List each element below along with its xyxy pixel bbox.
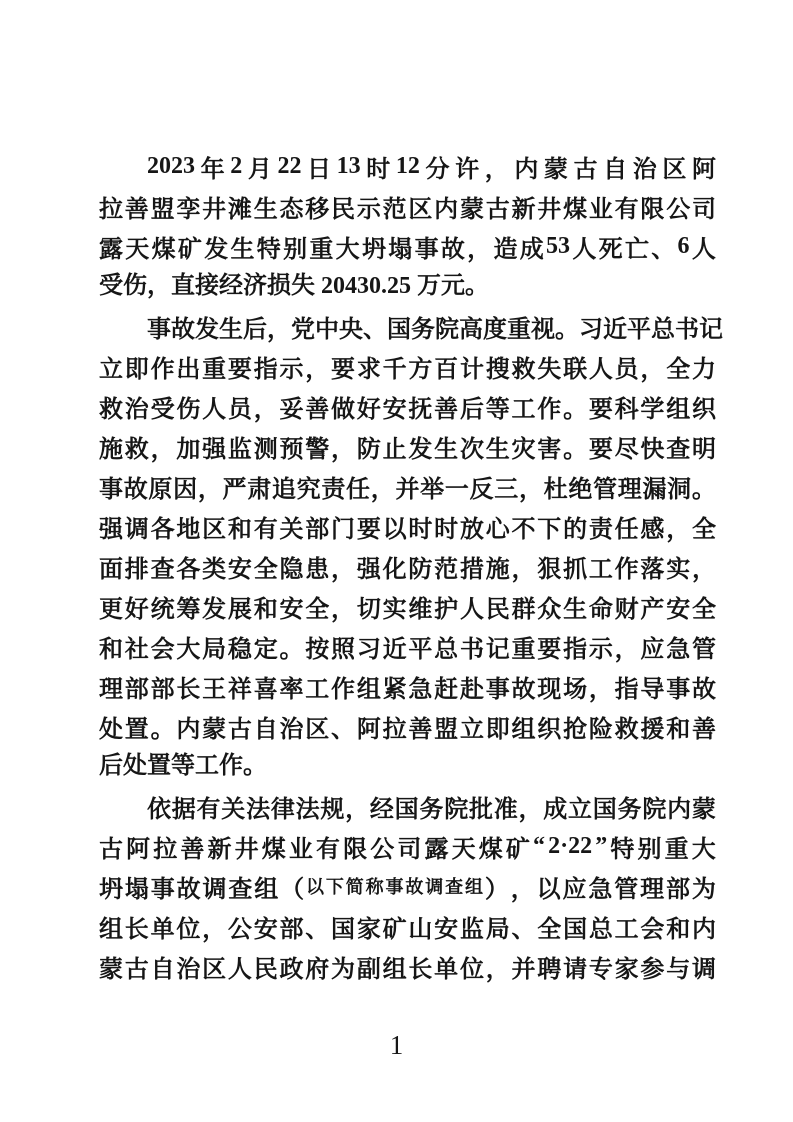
- char: 发: [195, 309, 219, 344]
- char: 抢: [563, 709, 587, 744]
- char: 各: [176, 549, 200, 584]
- char: 务: [419, 789, 443, 824]
- char: 。: [151, 709, 175, 744]
- char: 护: [434, 589, 458, 624]
- char: 事: [147, 309, 171, 344]
- char: 稳: [228, 629, 252, 664]
- char: 自: [603, 149, 627, 184]
- char: 依: [147, 789, 171, 824]
- char: 事: [486, 669, 510, 704]
- inline-note-char: 事: [386, 873, 404, 899]
- char: 府: [305, 949, 329, 984]
- char: 政: [279, 949, 303, 984]
- char: 措: [460, 549, 484, 584]
- char: 内: [692, 909, 716, 944]
- char: 众: [537, 589, 561, 624]
- char: 内: [434, 189, 458, 224]
- char: 总: [589, 909, 613, 944]
- char: 安: [434, 909, 458, 944]
- inline-note-char: 称: [366, 873, 384, 899]
- char: 为: [692, 869, 716, 904]
- char: 展: [228, 589, 252, 624]
- char: 古: [228, 709, 252, 744]
- char: 善: [180, 829, 204, 864]
- char: 、: [651, 229, 675, 264]
- char: 区: [202, 509, 226, 544]
- char: 严: [223, 469, 247, 504]
- char: 要: [228, 349, 252, 384]
- char: 法: [296, 789, 320, 824]
- char: 全: [692, 509, 716, 544]
- char: 应: [563, 869, 587, 904]
- char: 险: [589, 709, 613, 744]
- char: 紧: [383, 669, 407, 704]
- char: 原: [148, 469, 172, 504]
- char: 公: [666, 189, 690, 224]
- char: 区: [662, 149, 686, 184]
- char: 井: [235, 829, 259, 864]
- char: 指: [563, 629, 587, 664]
- char: ，: [371, 469, 395, 504]
- char: 新: [208, 829, 232, 864]
- char: 生: [254, 189, 278, 224]
- char: 古: [99, 829, 123, 864]
- char: 盟: [434, 709, 458, 744]
- char: ，: [331, 549, 355, 584]
- char: 国: [331, 909, 355, 944]
- char: 下: [537, 509, 561, 544]
- char: 并: [512, 949, 536, 984]
- char: 平: [408, 629, 432, 664]
- char: 重: [665, 829, 689, 864]
- char: 全: [666, 349, 690, 384]
- char: 调: [125, 509, 149, 544]
- char: 工: [512, 389, 536, 424]
- char: 出: [176, 349, 200, 384]
- char: 实: [666, 549, 690, 584]
- char: 发: [408, 429, 432, 464]
- char: 位: [176, 909, 200, 944]
- char: 百: [434, 349, 458, 384]
- text-line: 救治受伤人员，妥善做好安抚善后等工作。要科学组织: [99, 386, 716, 426]
- char: 。: [563, 429, 587, 464]
- char: 治: [176, 949, 200, 984]
- char: 国: [395, 789, 419, 824]
- char: 快: [640, 429, 664, 464]
- char: 井: [537, 189, 561, 224]
- char: 王: [202, 669, 226, 704]
- char: 生: [434, 429, 458, 464]
- char: 务: [618, 789, 642, 824]
- char: 明: [692, 429, 716, 464]
- char: 要: [357, 509, 381, 544]
- char: 和: [666, 709, 690, 744]
- char: 安: [383, 389, 407, 424]
- char: 追: [272, 469, 296, 504]
- char: 防: [408, 549, 432, 584]
- char: 急: [408, 669, 432, 704]
- char: 书: [675, 309, 699, 344]
- char: 22: [277, 153, 301, 180]
- char: 平: [627, 309, 651, 344]
- char: 要: [589, 429, 613, 464]
- char: 亡: [625, 229, 649, 264]
- char: 蒙: [202, 709, 226, 744]
- char: 实: [383, 589, 407, 624]
- char: 长: [408, 949, 432, 984]
- char: 监: [228, 429, 252, 464]
- char: 书: [460, 629, 484, 664]
- char: 定: [254, 629, 278, 664]
- char: 反: [470, 469, 494, 504]
- char: 调: [692, 949, 716, 984]
- text-line: 立即作出重要指示，要求千方百计搜救失联人员，全力: [99, 346, 716, 386]
- char: 故: [177, 869, 201, 904]
- char: 联: [563, 349, 587, 384]
- inline-note-char: 调: [425, 873, 443, 899]
- char: 山: [408, 909, 432, 944]
- char: ，: [589, 669, 613, 704]
- char: 织: [692, 389, 716, 424]
- char: 时: [434, 509, 458, 544]
- char: 全: [692, 589, 716, 624]
- char: ，: [615, 629, 639, 664]
- char: 塌: [125, 869, 149, 904]
- char: 有: [316, 829, 340, 864]
- char: 生: [563, 589, 587, 624]
- char: 化: [383, 549, 407, 584]
- char: 全: [537, 909, 561, 944]
- char: 月: [248, 149, 272, 184]
- char: 。: [692, 469, 716, 504]
- char: 员: [615, 349, 639, 384]
- char: 统: [151, 589, 175, 624]
- char: 特: [257, 229, 281, 264]
- char: 大: [336, 229, 360, 264]
- char: 务: [411, 309, 435, 344]
- char: 限: [640, 189, 664, 224]
- char: 做: [331, 389, 355, 424]
- char: 院: [435, 309, 459, 344]
- char: 救: [512, 349, 536, 384]
- char: 特: [610, 829, 634, 864]
- char: 生: [219, 309, 243, 344]
- char: 总: [651, 309, 675, 344]
- char: 并: [395, 469, 419, 504]
- char: 天: [125, 229, 149, 264]
- char: 内: [667, 789, 691, 824]
- char: 即: [125, 349, 149, 384]
- char: 求: [357, 349, 381, 384]
- char: 新: [512, 189, 536, 224]
- char: 与: [666, 949, 690, 984]
- char: 司: [692, 189, 716, 224]
- char: 公: [228, 909, 252, 944]
- char: 社: [125, 629, 149, 664]
- char: 任: [615, 509, 639, 544]
- char: 53: [546, 233, 570, 260]
- char: 古: [125, 949, 149, 984]
- char: 置: [125, 709, 149, 744]
- char: 成: [520, 229, 544, 264]
- char: ，: [640, 349, 664, 384]
- inline-note-char: 以: [306, 873, 324, 899]
- text-line: 后处置等工作。: [99, 746, 716, 786]
- char: 请: [563, 949, 587, 984]
- char: 理: [640, 869, 664, 904]
- char: 内: [176, 709, 200, 744]
- char: 煤: [152, 229, 176, 264]
- char: 千: [383, 349, 407, 384]
- char: 要: [537, 629, 561, 664]
- char: 织: [537, 709, 561, 744]
- char: 民: [331, 189, 355, 224]
- char: 业: [289, 829, 313, 864]
- char: 安: [666, 589, 690, 624]
- char: 类: [202, 549, 226, 584]
- char: 12: [396, 153, 420, 180]
- char: 一: [445, 469, 469, 504]
- char: 生: [486, 429, 510, 464]
- char: 人: [589, 349, 613, 384]
- char: 自: [254, 709, 278, 744]
- char: 、: [331, 709, 355, 744]
- char: 维: [408, 589, 432, 624]
- char: 的: [563, 509, 587, 544]
- char: ，: [692, 549, 716, 584]
- char: 抚: [408, 389, 432, 424]
- char: ，: [485, 149, 509, 184]
- char: 移: [305, 189, 329, 224]
- char: 学: [640, 389, 664, 424]
- char: 患: [305, 549, 329, 584]
- char: 以: [383, 509, 407, 544]
- char: 阿: [357, 709, 381, 744]
- char: ，: [486, 949, 510, 984]
- char: 狠: [537, 549, 561, 584]
- char: 防: [357, 429, 381, 464]
- char: 三: [494, 469, 518, 504]
- char: 漏: [642, 469, 666, 504]
- char: 排: [125, 549, 149, 584]
- char: 面: [99, 549, 123, 584]
- text-line: 蒙古自治区人民政府为副组长单位，并聘请专家参与调: [99, 946, 716, 986]
- char: 不: [512, 509, 536, 544]
- char: 力: [692, 349, 716, 384]
- char: 事: [666, 669, 690, 704]
- char: 监: [460, 909, 484, 944]
- char: 故: [692, 669, 716, 704]
- char: （: [280, 869, 304, 904]
- char: 长: [176, 669, 200, 704]
- char: 生: [230, 229, 254, 264]
- char: 和: [228, 509, 252, 544]
- char: 2: [230, 153, 242, 180]
- char: 好: [125, 589, 149, 624]
- char: 应: [640, 629, 664, 664]
- char: 露: [99, 229, 123, 264]
- char: 。: [563, 389, 587, 424]
- text-line: 更好统筹发展和安全，切实维护人民群众生命财产安全: [99, 586, 716, 626]
- char: 部: [125, 669, 149, 704]
- char: 造: [493, 229, 517, 264]
- char: ，: [345, 789, 369, 824]
- char: 准: [494, 789, 518, 824]
- char: 、: [305, 909, 329, 944]
- char: 矿: [383, 909, 407, 944]
- char: 盟: [151, 189, 175, 224]
- char: 别: [283, 229, 307, 264]
- char: 拉: [99, 189, 123, 224]
- char: 部: [279, 909, 303, 944]
- char: 救: [99, 389, 123, 424]
- char: 蒙: [460, 189, 484, 224]
- inline-note-char: 组: [465, 873, 483, 899]
- char: 故: [512, 669, 536, 704]
- char: 国: [563, 909, 587, 944]
- char: 全: [254, 549, 278, 584]
- char: 治: [279, 709, 303, 744]
- char: 落: [640, 549, 664, 584]
- char: 副: [357, 949, 381, 984]
- char: 会: [640, 909, 664, 944]
- char: 关: [279, 509, 303, 544]
- inline-note-char: 查: [445, 873, 463, 899]
- char: 、: [512, 909, 536, 944]
- char: 管: [593, 469, 617, 504]
- char: 关: [221, 789, 245, 824]
- inline-note-char: 故: [405, 873, 423, 899]
- char: 理: [99, 669, 123, 704]
- char: 故: [124, 469, 148, 504]
- text-line: 受伤，直接经济损失 20430.25 万元。: [99, 266, 716, 306]
- char: 组: [99, 909, 123, 944]
- char: 受: [151, 389, 175, 424]
- char: 率: [279, 669, 303, 704]
- char: 专: [589, 949, 613, 984]
- char: “: [533, 833, 545, 860]
- char: 地: [176, 509, 200, 544]
- char: 成: [543, 789, 567, 824]
- char: ，: [512, 549, 536, 584]
- char: 安: [254, 909, 278, 944]
- char: 律: [271, 789, 295, 824]
- char: 加: [176, 429, 200, 464]
- text-line: 处置。内蒙古自治区、阿拉善盟立即组织抢险救援和善: [99, 706, 716, 746]
- char: 次: [460, 429, 484, 464]
- char: 阿: [692, 149, 716, 184]
- text-line: 依据有关法律法规，经国务院批准，成立国务院内蒙: [99, 786, 716, 826]
- text-line: 事故发生后，党中央、国务院高度重视。习近平总书记: [99, 306, 716, 346]
- char: ，: [198, 469, 222, 504]
- char: ）: [485, 869, 509, 904]
- char: 规: [320, 789, 344, 824]
- char: ，: [254, 389, 278, 424]
- char: 蒙: [544, 149, 568, 184]
- char: ，: [519, 469, 543, 504]
- char: 伤: [176, 389, 200, 424]
- char: 单: [434, 949, 458, 984]
- char: 后: [243, 309, 267, 344]
- char: 范: [434, 549, 458, 584]
- char: 天: [452, 829, 476, 864]
- char: 理: [618, 469, 642, 504]
- text-line: 和社会大局稳定。按照习近平总书记重要指示，应急管: [99, 626, 716, 666]
- char: 组: [254, 869, 278, 904]
- char: 科: [615, 389, 639, 424]
- char: 院: [444, 789, 468, 824]
- char: 强: [99, 509, 123, 544]
- char: 心: [486, 509, 510, 544]
- char: 有: [615, 189, 639, 224]
- char: 内: [514, 149, 538, 184]
- text-line: 组长单位，公安部、国家矿山安监局、全国总工会和内: [99, 906, 716, 946]
- char: 因: [173, 469, 197, 504]
- char: 党: [291, 309, 315, 344]
- char: 人: [572, 229, 596, 264]
- char: ，: [305, 349, 329, 384]
- char: 按: [305, 629, 329, 664]
- char: 重: [507, 309, 531, 344]
- document-body: 2023年2月22日13时12分许，内蒙古自治区阿拉善盟孪井滩生态移民示范区内蒙…: [99, 146, 716, 986]
- char: 安: [228, 549, 252, 584]
- char: 记: [486, 629, 510, 664]
- char: 有: [197, 789, 221, 824]
- char: 工: [615, 909, 639, 944]
- char: 场: [563, 669, 587, 704]
- char: 治: [633, 149, 657, 184]
- char: 日: [307, 149, 331, 184]
- char: 和: [666, 909, 690, 944]
- char: 阿: [126, 829, 150, 864]
- char: 调: [203, 869, 227, 904]
- char: 局: [486, 909, 510, 944]
- text-line: 强调各地区和有关部门要以时时放心不下的责任感，全: [99, 506, 716, 546]
- char: 援: [640, 709, 664, 744]
- text-line: 拉善盟孪井滩生态移民示范区内蒙古新井煤业有限公司: [99, 186, 716, 226]
- char: 近: [383, 629, 407, 664]
- char: 分: [425, 149, 449, 184]
- char: 作: [331, 669, 355, 704]
- char: 切: [357, 589, 381, 624]
- char: 和: [254, 589, 278, 624]
- inline-note-char: 简: [346, 873, 364, 899]
- text-line: 事故原因，严肃追究责任，并举一反三，杜绝管理漏洞。: [99, 466, 716, 506]
- char: 绝: [568, 469, 592, 504]
- char: 井: [202, 189, 226, 224]
- char: 蒙: [99, 949, 123, 984]
- char: 高: [459, 309, 483, 344]
- char: 家: [357, 909, 381, 944]
- char: 等: [486, 389, 510, 424]
- char: 立: [460, 709, 484, 744]
- text-line: 古阿拉善新井煤业有限公司露天煤矿“2·22”特别重大: [99, 826, 716, 866]
- char: 任: [346, 469, 370, 504]
- char: 中: [315, 309, 339, 344]
- char: 院: [642, 789, 666, 824]
- char: 作: [615, 549, 639, 584]
- char: 抓: [563, 549, 587, 584]
- char: 参: [640, 949, 664, 984]
- char: 记: [699, 309, 723, 344]
- char: 批: [469, 789, 493, 824]
- char: 拉: [153, 829, 177, 864]
- char: 施: [99, 429, 123, 464]
- char: ，: [202, 909, 226, 944]
- char: 筹: [176, 589, 200, 624]
- char: ，: [666, 509, 690, 544]
- char: 善: [434, 389, 458, 424]
